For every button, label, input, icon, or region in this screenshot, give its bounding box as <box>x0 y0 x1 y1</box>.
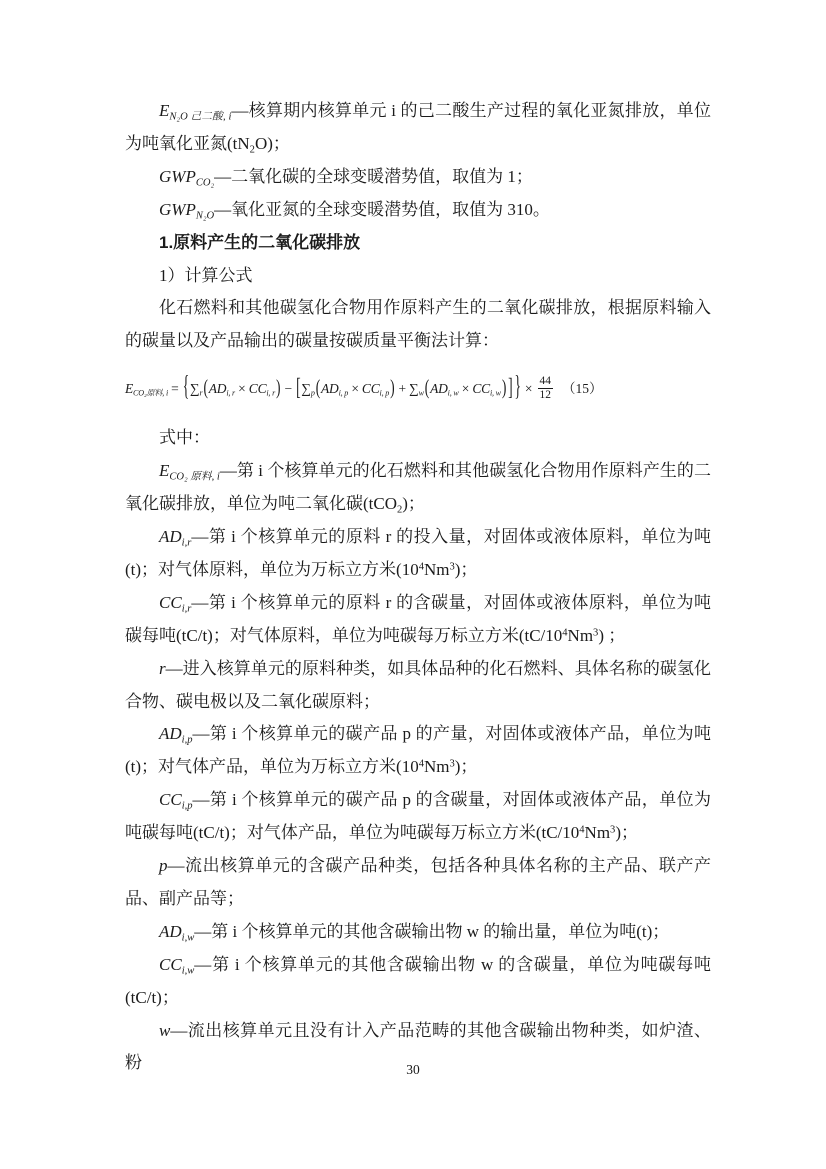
document-page: EN₂O 己二酸, i—核算期内核算单元 i 的己二酸生产过程的氧化亚氮排放，单… <box>0 0 826 1169</box>
variable-subscript: i, p <box>380 389 390 398</box>
equation-number: （15） <box>562 381 603 396</box>
variable-name: CC <box>249 381 267 396</box>
para-cc-iw-definition: CCi,w—第 i 个核算单元的其他含碳输出物 w 的含碳量，单位为吨碳每吨(t… <box>125 949 711 1015</box>
variable-name: GWP <box>159 200 196 219</box>
variable-subscript: i, w <box>448 389 459 398</box>
variable-name: E <box>125 381 133 396</box>
variable-name: CC <box>472 381 490 396</box>
para-cc-ip-definition: CCi,p—第 i 个核算单元的碳产品 p 的含碳量，对固体或液体产品，单位为吨… <box>125 784 711 850</box>
variable-name: AD <box>209 381 227 396</box>
para-cc-ir-definition: CCi,r—第 i 个核算单元的原料 r 的含碳量，对固体或液体原料，单位为吨碳… <box>125 587 711 653</box>
para-p-definition: p—流出核算单元的含碳产品种类，包括各种具体名称的主产品、联产产品、副产品等； <box>125 850 711 916</box>
stretched-delimiter: { <box>182 336 190 437</box>
variable-name: r <box>159 659 166 678</box>
variable-subscript: i, r <box>226 389 235 398</box>
stretched-delimiter: [ <box>295 344 301 430</box>
para-eco2-definition: ECO₂ 原料, i—第 i 个核算单元的化石燃料和其他碳氢化合物用作原料产生的… <box>125 455 711 521</box>
variable-subscript: CO₂ 原料, i <box>169 472 219 483</box>
variable-name: AD <box>159 922 182 941</box>
variable-name: CC <box>159 593 182 612</box>
variable-subscript: i, p <box>339 389 349 398</box>
page-number: 30 <box>0 1062 826 1078</box>
variable-name: AD <box>430 381 448 396</box>
variable-name: CC <box>159 790 182 809</box>
variable-subscript: i,p <box>182 801 193 812</box>
stretched-delimiter: ( <box>424 351 430 425</box>
variable-subscript: i, r <box>266 389 275 398</box>
variable-name: CC <box>159 955 182 974</box>
para-gwp-co2: GWPCO₂—二氧化碳的全球变暖潜势值，取值为 1； <box>125 161 711 194</box>
variable-name: AD <box>159 724 182 743</box>
document-body: EN₂O 己二酸, i—核算期内核算单元 i 的己二酸生产过程的氧化亚氮排放，单… <box>125 95 711 1080</box>
para-gwp-n2o: GWPN₂O—氧化亚氮的全球变暖潜势值，取值为 310。 <box>125 194 711 227</box>
fraction-44-12: 4412 <box>538 375 553 402</box>
stretched-delimiter: } <box>513 336 521 437</box>
variable-name: AD <box>321 381 339 396</box>
stretched-delimiter: ) <box>275 351 281 425</box>
para-en2o-definition: EN₂O 己二酸, i—核算期内核算单元 i 的己二酸生产过程的氧化亚氮排放，单… <box>125 95 711 161</box>
para-ad-ip-definition: ADi,p—第 i 个核算单元的碳产品 p 的产量，对固体或液体产品，单位为吨(… <box>125 718 711 784</box>
stretched-delimiter: ( <box>315 351 321 425</box>
para-method-intro: 化石燃料和其他碳氢化合物用作原料产生的二氧化碳排放，根据原料输入的碳量以及产品输… <box>125 292 711 358</box>
variable-subscript: CO₂ <box>196 177 214 188</box>
variable-subscript: N₂O <box>196 210 214 221</box>
para-r-definition: r—进入核算单元的原料种类，如具体品种的化石燃料、具体名称的碳氢化合物、碳电极以… <box>125 653 711 719</box>
variable-subscript: CO₂原料, i <box>133 389 168 398</box>
variable-subscript: i,w <box>182 965 195 976</box>
variable-subscript: i, w <box>490 389 501 398</box>
variable-name: GWP <box>159 167 196 186</box>
para-calc-formula-label: 1）计算公式 <box>125 260 711 293</box>
stretched-delimiter: ) <box>389 351 395 425</box>
para-where: 式中： <box>125 422 711 455</box>
variable-name: E <box>159 101 169 120</box>
variable-name: p <box>159 856 168 875</box>
para-ad-ir-definition: ADi,r—第 i 个核算单元的原料 r 的投入量，对固体或液体原料，单位为吨(… <box>125 521 711 587</box>
para-ad-iw-definition: ADi,w—第 i 个核算单元的其他含碳输出物 w 的输出量，单位为吨(t)； <box>125 916 711 949</box>
variable-name: CC <box>362 381 380 396</box>
variable-subscript: N₂O 己二酸, i <box>169 111 231 122</box>
variable-subscript: i,r <box>182 537 192 548</box>
section-heading-1: 1.原料产生的二氧化碳排放 <box>125 227 711 260</box>
variable-subscript: i,w <box>182 932 195 943</box>
equation-15: ECO₂原料, i = {∑r(ADi, r × CCi, r) − [∑p(A… <box>125 365 711 413</box>
variable-subscript: i,r <box>182 603 192 614</box>
variable-name: w <box>159 1021 170 1040</box>
stretched-delimiter: ( <box>202 351 208 425</box>
variable-subscript: i,p <box>182 735 193 746</box>
variable-name: E <box>159 461 169 480</box>
variable-name: AD <box>159 527 182 546</box>
